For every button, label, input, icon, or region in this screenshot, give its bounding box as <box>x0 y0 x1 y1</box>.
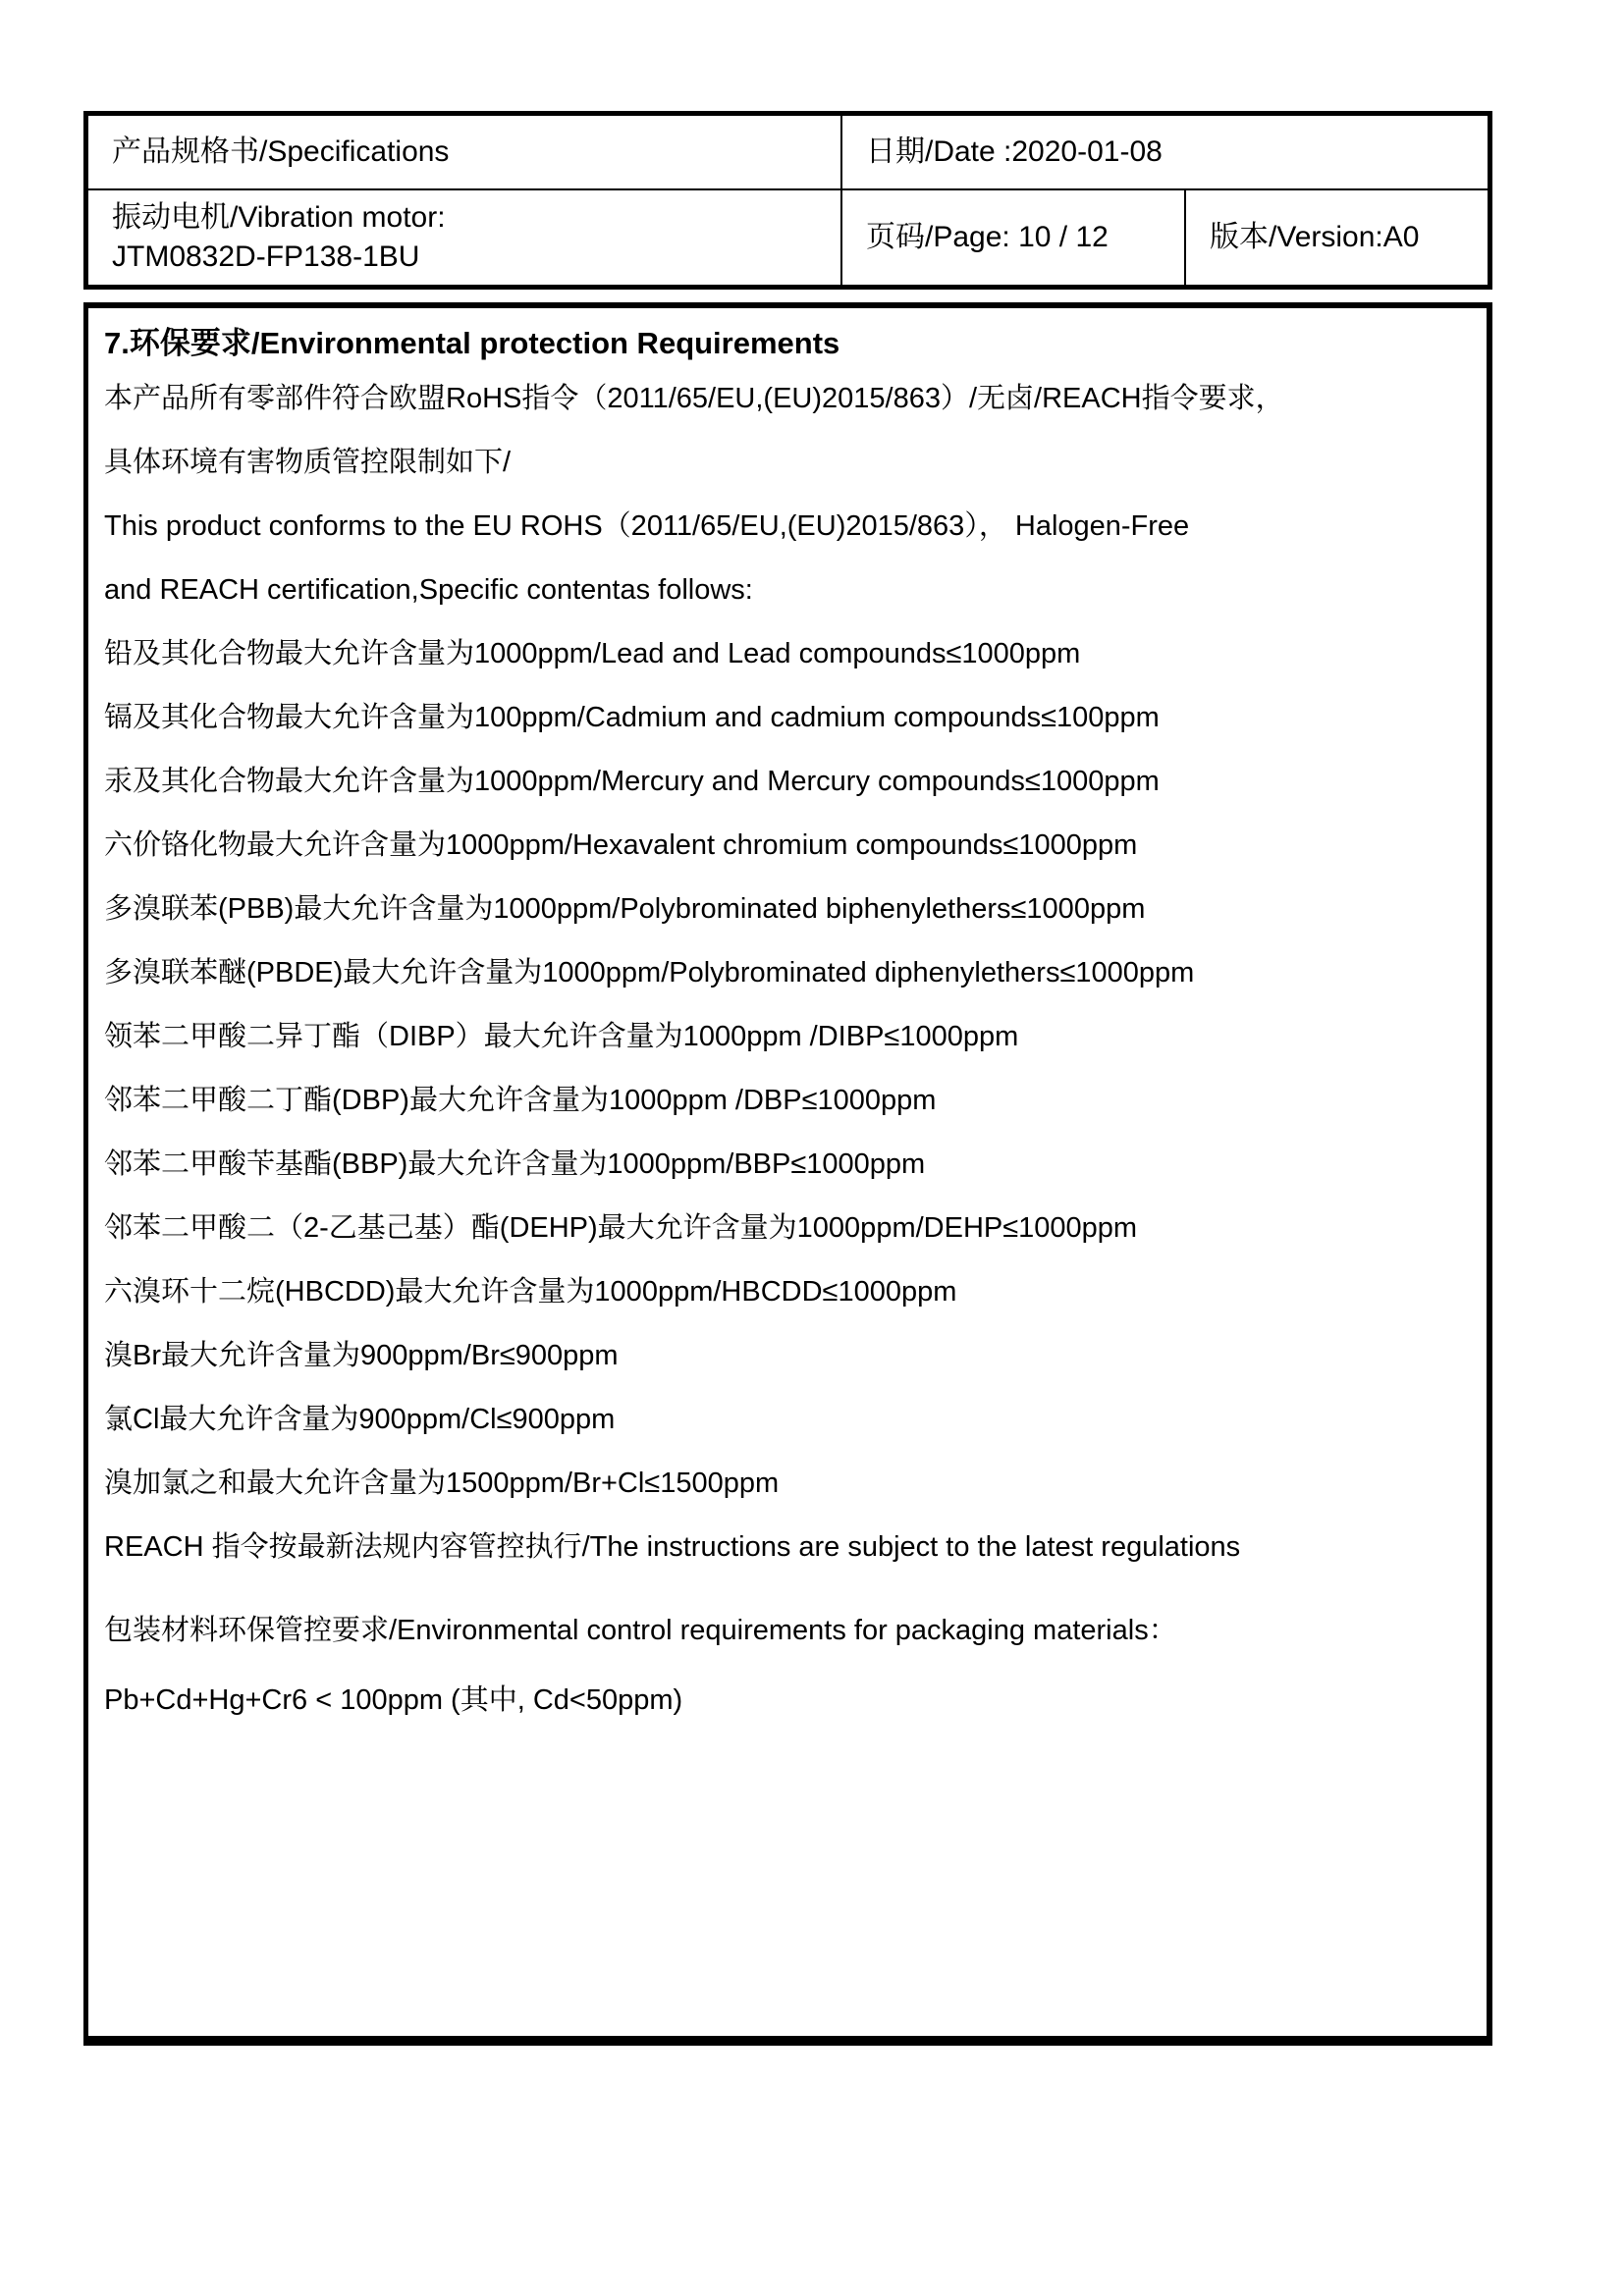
spec-line: 镉及其化合物最大允许含量为100ppm/Cadmium and cadmium … <box>104 686 1473 750</box>
spec-line: 多溴联苯醚(PBDE)最大允许含量为1000ppm/Polybrominated… <box>104 941 1473 1005</box>
motor-model-number: JTM0832D-FP138-1BU <box>112 238 840 277</box>
spec-line: 具体环境有害物质管控限制如下/ <box>104 431 1473 495</box>
spec-line: REACH 指令按最新法规内容管控执行/The instructions are… <box>104 1516 1473 1579</box>
product-title-cell: 产品规格书/Specifications <box>88 116 842 188</box>
spec-line: 邻苯二甲酸二丁酯(DBP)最大允许含量为1000ppm /DBP≤1000ppm <box>104 1069 1473 1133</box>
spec-header-table: 产品规格书/Specifications 日期/Date :2020-01-08… <box>83 111 1492 290</box>
spec-line: 汞及其化合物最大允许含量为1000ppm/Mercury and Mercury… <box>104 750 1473 814</box>
spec-line: 氯Cl最大允许含量为900ppm/Cl≤900ppm <box>104 1388 1473 1452</box>
spec-line: 领苯二甲酸二异丁酯（DIBP）最大允许含量为1000ppm /DIBP≤1000… <box>104 1005 1473 1069</box>
spec-line: 铅及其化合物最大允许含量为1000ppm/Lead and Lead compo… <box>104 622 1473 686</box>
section-title: 7.环保要求/Environmental protection Requirem… <box>104 320 1473 367</box>
environmental-requirements-section: 7.环保要求/Environmental protection Requirem… <box>83 302 1492 2046</box>
spec-line: 邻苯二甲酸二（2-乙基己基）酯(DEHP)最大允许含量为1000ppm/DEHP… <box>104 1197 1473 1260</box>
date-label: 日期/Date :2020-01-08 <box>866 133 1488 172</box>
spec-line: 六价铬化物最大允许含量为1000ppm/Hexavalent chromium … <box>104 814 1473 878</box>
product-title-label: 产品规格书/Specifications <box>112 133 840 172</box>
version-cell: 版本/Version:A0 <box>1186 190 1488 285</box>
spec-line: 本产品所有零部件符合欧盟RoHS指令（2011/65/EU,(EU)2015/8… <box>104 367 1473 431</box>
spec-line: 六溴环十二烷(HBCDD)最大允许含量为1000ppm/HBCDD≤1000pp… <box>104 1260 1473 1324</box>
page-number-label: 页码/Page: 10 / 12 <box>866 218 1184 257</box>
spec-line: This product conforms to the EU ROHS（201… <box>104 495 1473 559</box>
spec-document-page: 产品规格书/Specifications 日期/Date :2020-01-08… <box>0 0 1624 2296</box>
motor-model-cell: 振动电机/Vibration motor: JTM0832D-FP138-1BU <box>88 190 842 285</box>
spec-line: 多溴联苯(PBB)最大允许含量为1000ppm/Polybrominated b… <box>104 878 1473 941</box>
date-cell: 日期/Date :2020-01-08 <box>842 116 1488 188</box>
spec-line: 溴加氯之和最大允许含量为1500ppm/Br+Cl≤1500ppm <box>104 1452 1473 1516</box>
spec-line: Pb+Cd+Hg+Cr6 < 100ppm (其中, Cd<50ppm) <box>104 1669 1473 1733</box>
spec-line: 溴Br最大允许含量为900ppm/Br≤900ppm <box>104 1324 1473 1388</box>
spec-line: and REACH certification,Specific content… <box>104 559 1473 622</box>
version-label: 版本/Version:A0 <box>1210 218 1488 257</box>
spec-line: 包装材料环保管控要求/Environmental control require… <box>104 1599 1473 1663</box>
header-row-2: 振动电机/Vibration motor: JTM0832D-FP138-1BU… <box>88 190 1488 285</box>
motor-type-label: 振动电机/Vibration motor: <box>112 198 840 238</box>
spec-line: 邻苯二甲酸苄基酯(BBP)最大允许含量为1000ppm/BBP≤1000ppm <box>104 1133 1473 1197</box>
header-row-1: 产品规格书/Specifications 日期/Date :2020-01-08 <box>88 116 1488 190</box>
page-number-cell: 页码/Page: 10 / 12 <box>842 190 1186 285</box>
